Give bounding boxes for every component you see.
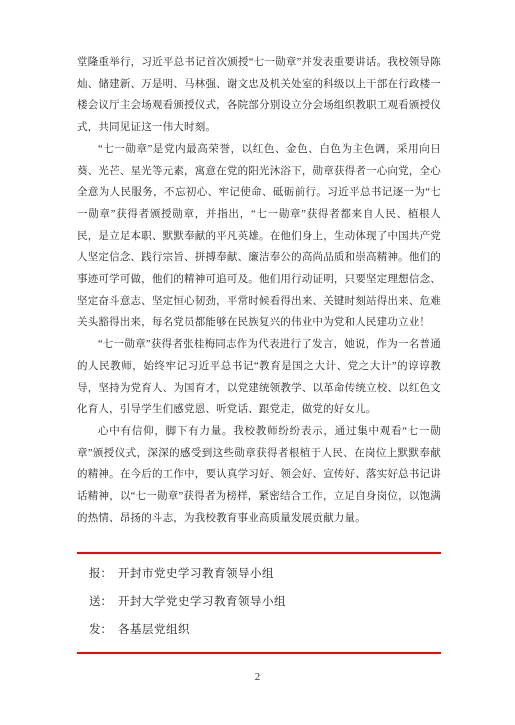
distribution-value-send: 开封大学党史学习教育领导小组 [118, 588, 286, 616]
paragraph-teachers-response: 心中有信仰，脚下有力量。我校教师纷纷表示，通过集中观看“七一勋章”颁授仪式，深深… [77, 421, 441, 530]
document-page: 堂隆重举行，习近平总书记首次颁授“七一勋章”并发表重要讲话。我校领导陈灿、储建新… [0, 0, 515, 725]
distribution-label-report: 报： [89, 560, 112, 588]
paragraph-continuation: 堂隆重举行，习近平总书记首次颁授“七一勋章”并发表重要讲话。我校领导陈灿、储建新… [77, 52, 441, 139]
distribution-row-issue: 发：各基层党组织 [89, 616, 441, 644]
distribution-label-send: 送： [89, 588, 112, 616]
distribution-value-issue: 各基层党组织 [118, 616, 190, 644]
distribution-row-send: 送：开封大学党史学习教育领导小组 [89, 588, 441, 616]
distribution-value-report: 开封市党史学习教育领导小组 [118, 560, 274, 588]
paragraph-medal-description: “七一勋章”是党内最高荣誉，以红色、金色、白色为主色调，采用向日葵、光芒、星光等… [77, 139, 441, 334]
paragraph-zhangguimei-speech: “七一勋章”获得者张桂梅同志作为代表进行了发言，她说，作为一名普通的人民教师，始… [77, 334, 441, 421]
distribution-block: 报：开封市党史学习教育领导小组 送：开封大学党史学习教育领导小组 发：各基层党组… [77, 552, 441, 654]
distribution-row-report: 报：开封市党史学习教育领导小组 [89, 560, 441, 588]
document-body: 堂隆重举行，习近平总书记首次颁授“七一勋章”并发表重要讲话。我校领导陈灿、储建新… [77, 52, 441, 529]
page-number: 2 [0, 671, 515, 683]
distribution-label-issue: 发： [89, 616, 112, 644]
